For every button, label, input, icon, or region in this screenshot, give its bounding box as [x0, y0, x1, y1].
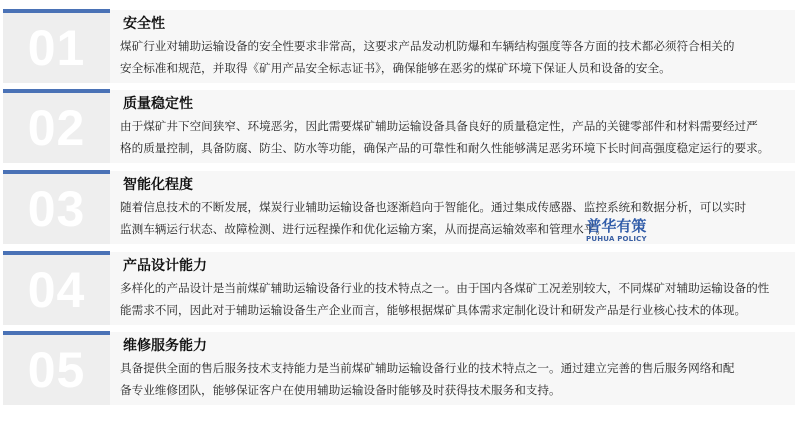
description-line: 随着信息技术的不断发展，煤炭行业辅助运输设备也逐渐趋向于智能化。通过集成传感器、… [120, 196, 795, 218]
description-line: 格的质量控制，具备防腐、防尘、防水等功能，确保产品的可靠性和耐久性能够满足恶劣环… [120, 137, 795, 159]
item-number: 02 [28, 103, 86, 153]
feature-row-maintenance-service: 05 维修服务能力 具备提供全面的售后服务技术支持能力是当前煤矿辅助运输设备行业… [3, 331, 795, 405]
number-block: 05 [3, 331, 110, 405]
watermark-english: PUHUA POLICY [586, 234, 647, 244]
item-title: 智能化程度 [120, 175, 795, 196]
content-panel: 智能化程度 随着信息技术的不断发展，煤炭行业辅助运输设备也逐渐趋向于智能化。通过… [110, 171, 795, 244]
number-block: 04 [3, 251, 110, 325]
item-description: 煤矿行业对辅助运输设备的安全性要求非常高，这要求产品发动机防爆和车辆结构强度等各… [120, 35, 795, 79]
description-line: 能需求不同，因此对于辅助运输设备生产企业而言，能够根据煤矿具体需求定制化设计和研… [120, 299, 795, 321]
description-line: 由于煤矿井下空间狭窄、环境恶劣，因此需要煤矿辅助运输设备具备良好的质量稳定性，产… [120, 115, 795, 137]
item-number: 03 [28, 184, 86, 234]
content-panel: 产品设计能力 多样化的产品设计是当前煤矿辅助运输设备行业的技术特点之一。由于国内… [110, 252, 795, 325]
item-title: 产品设计能力 [120, 256, 795, 277]
item-description: 由于煤矿井下空间狭窄、环境恶劣，因此需要煤矿辅助运输设备具备良好的质量稳定性，产… [120, 115, 795, 159]
number-block: 01 [3, 9, 110, 83]
description-line: 煤矿行业对辅助运输设备的安全性要求非常高，这要求产品发动机防爆和车辆结构强度等各… [120, 35, 795, 57]
item-title: 质量稳定性 [120, 94, 795, 115]
content-panel: 维修服务能力 具备提供全面的售后服务技术支持能力是当前煤矿辅助运输设备行业的技术… [110, 332, 795, 405]
number-box: 03 [3, 174, 110, 244]
number-box: 01 [3, 13, 110, 83]
item-description: 随着信息技术的不断发展，煤炭行业辅助运输设备也逐渐趋向于智能化。通过集成传感器、… [120, 196, 795, 240]
item-number: 01 [28, 23, 86, 73]
description-line: 具备提供全面的售后服务技术支持能力是当前煤矿辅助运输设备行业的技术特点之一。通过… [120, 357, 795, 379]
item-number: 04 [28, 265, 86, 315]
number-box: 05 [3, 335, 110, 405]
description-line: 备专业维修团队，能够保证客户在使用辅助运输设备时能够及时获得技术服务和支持。 [120, 379, 795, 401]
feature-row-intelligence: 03 智能化程度 随着信息技术的不断发展，煤炭行业辅助运输设备也逐渐趋向于智能化… [3, 170, 795, 244]
content-panel: 安全性 煤矿行业对辅助运输设备的安全性要求非常高，这要求产品发动机防爆和车辆结构… [110, 10, 795, 83]
item-title: 安全性 [120, 14, 795, 35]
feature-row-safety: 01 安全性 煤矿行业对辅助运输设备的安全性要求非常高，这要求产品发动机防爆和车… [3, 9, 795, 83]
item-title: 维修服务能力 [120, 336, 795, 357]
watermark-chinese: 普华有策 [586, 218, 647, 234]
number-block: 03 [3, 170, 110, 244]
item-number: 05 [28, 345, 86, 395]
number-box: 02 [3, 93, 110, 163]
number-box: 04 [3, 255, 110, 325]
watermark-logo: 普华有策 PUHUA POLICY [586, 218, 647, 244]
feature-row-product-design: 04 产品设计能力 多样化的产品设计是当前煤矿辅助运输设备行业的技术特点之一。由… [3, 251, 795, 325]
description-line: 安全标准和规范，并取得《矿用产品安全标志证书》，确保能够在恶劣的煤矿环境下保证人… [120, 57, 795, 79]
feature-row-quality-stability: 02 质量稳定性 由于煤矿井下空间狭窄、环境恶劣，因此需要煤矿辅助运输设备具备良… [3, 89, 795, 163]
item-description: 多样化的产品设计是当前煤矿辅助运输设备行业的技术特点之一。由于国内各煤矿工况差别… [120, 277, 795, 321]
description-line: 多样化的产品设计是当前煤矿辅助运输设备行业的技术特点之一。由于国内各煤矿工况差别… [120, 277, 795, 299]
item-description: 具备提供全面的售后服务技术支持能力是当前煤矿辅助运输设备行业的技术特点之一。通过… [120, 357, 795, 401]
description-line: 监测车辆运行状态、故障检测、进行远程操作和优化运输方案，从而提高运输效率和管理水… [120, 218, 795, 240]
number-block: 02 [3, 89, 110, 163]
content-panel: 质量稳定性 由于煤矿井下空间狭窄、环境恶劣，因此需要煤矿辅助运输设备具备良好的质… [110, 90, 795, 163]
